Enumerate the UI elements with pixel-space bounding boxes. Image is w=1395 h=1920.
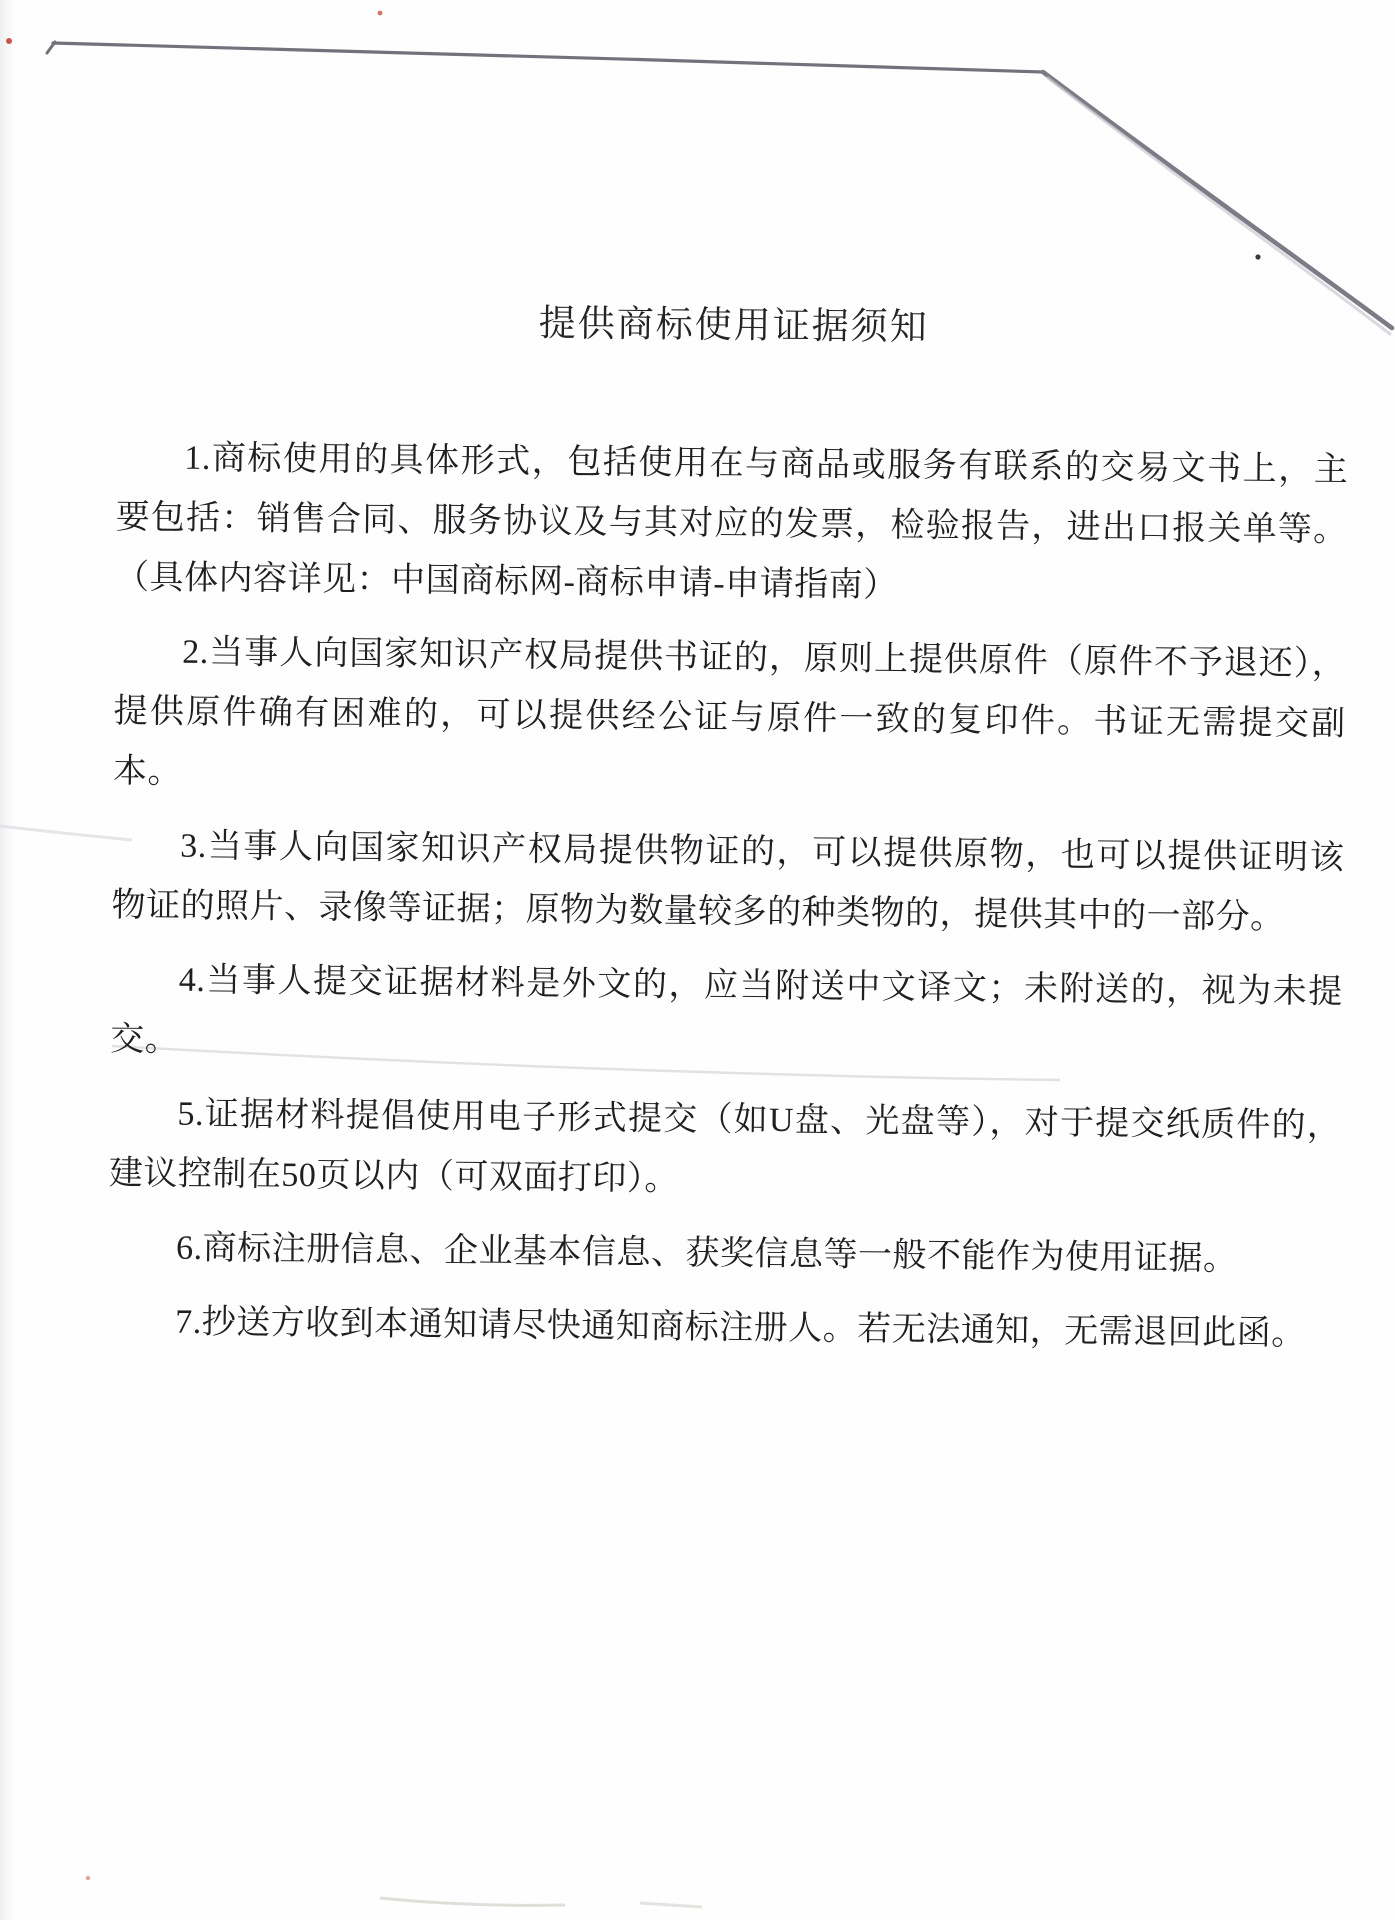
document-content: 提供商标使用证据须知 1.商标使用的具体形式，包括使用在与商品或服务有联系的交易… [107,298,1350,1379]
document-body: 1.商标使用的具体形式，包括使用在与商品或服务有联系的交易文书上，主要包括：销售… [107,428,1349,1365]
red-speck-top-center [378,11,383,16]
bottom-streak-1 [380,1898,565,1905]
bottom-streak-2 [640,1903,702,1907]
document-title: 提供商标使用证据须知 [118,298,1350,355]
paragraph-2: 2.当事人向国家知识产权局提供书证的，原则上提供原件（原件不予退还），提供原件确… [113,622,1347,815]
paragraph-3: 3.当事人向国家知识产权局提供物证的，可以提供原物，也可以提供证明该物证的照片、… [111,816,1344,949]
paper-top-edge-line [53,43,1043,72]
red-speck-bottom-left [86,1876,90,1880]
ink-speck [1255,254,1260,259]
paragraph-6: 6.商标注册信息、企业基本信息、获奖信息等一般不能作为使用证据。 [108,1218,1341,1291]
corner-fold-line [1043,72,1392,328]
red-speck-top-left [6,38,12,44]
paragraph-1: 1.商标使用的具体形式，包括使用在与商品或服务有联系的交易文书上，主要包括：销售… [115,428,1349,621]
paper-edge-hook [47,42,55,53]
paragraph-4: 4.当事人提交证据材料是外文的，应当附送中文译文；未附送的，视为未提交。 [110,950,1343,1083]
corner-fold-shadow [1048,78,1390,334]
paragraph-5: 5.证据材料提倡使用电子形式提交（如U盘、光盘等），对于提交纸质件的，建议控制在… [109,1084,1342,1217]
paragraph-7: 7.抄送方收到本通知请尽快通知商标注册人。若无法通知，无需退回此函。 [107,1292,1340,1365]
scanned-document-page: 提供商标使用证据须知 1.商标使用的具体形式，包括使用在与商品或服务有联系的交易… [0,0,1395,1920]
